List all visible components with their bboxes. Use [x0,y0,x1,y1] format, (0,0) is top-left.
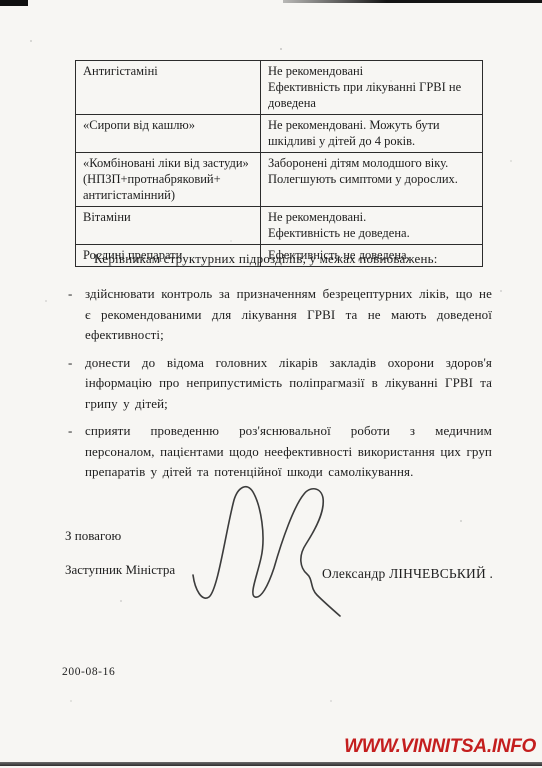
scan-speckles [30,40,32,42]
table-cell-category: «Сиропи від кашлю» [76,115,261,153]
scan-artifact-bottom-line [0,762,542,766]
bullet-dash: - [68,284,85,346]
bullet-dash: - [68,421,85,483]
table-cell-recommendation: Не рекомендовані Ефективність при лікува… [261,61,483,115]
scan-artifact-top-right [283,0,542,3]
table-cell-recommendation: Заборонені дітям молодшого віку. Полегшу… [261,153,483,207]
table-cell-category: «Комбіновані ліки від застуди» (НПЗП+про… [76,153,261,207]
signer-title: Заступник Міністра [65,562,175,578]
instructions-list: - здійснювати контроль за призначенням б… [68,284,492,490]
list-item: - донести до відома головних лікарів зак… [68,353,492,415]
list-item: - сприяти проведенню роз'яснювальної роб… [68,421,492,483]
bullet-dash: - [68,353,85,415]
table-row: «Сиропи від кашлю» Не рекомендовані. Мож… [76,115,483,153]
table-cell-recommendation: Не рекомендовані. Ефективність не доведе… [261,207,483,245]
handwritten-signature [180,478,350,628]
scanned-letter-page: Антигістаміні Не рекомендовані Ефективні… [0,0,542,768]
list-item: - здійснювати контроль за призначенням б… [68,284,492,346]
medications-table: Антигістаміні Не рекомендовані Ефективні… [75,60,483,267]
list-item-text: сприяти проведенню роз'яснювальної робот… [85,421,492,483]
scan-artifact-top-left [0,0,28,6]
list-item-text: здійснювати контроль за призначенням без… [85,284,492,346]
signer-name: Олександр ЛІНЧЕВСЬКИЙ . [322,566,493,582]
table-cell-category: Антигістаміні [76,61,261,115]
closing-salutation: З повагою [65,528,121,544]
watermark: WWW.VINNITSA.INFO [344,736,536,758]
table-row: «Комбіновані ліки від застуди» (НПЗП+про… [76,153,483,207]
table-cell-category: Вітаміни [76,207,261,245]
document-date: 200-08-16 [62,666,115,678]
table-row: Антигістаміні Не рекомендовані Ефективні… [76,61,483,115]
list-item-text: донести до відома головних лікарів закла… [85,353,492,415]
table-row: Вітаміни Не рекомендовані. Ефективність … [76,207,483,245]
intro-paragraph: Керівникам структурних підрозділів, у ме… [64,251,492,267]
table-cell-recommendation: Не рекомендовані. Можуть бути шкідливі у… [261,115,483,153]
